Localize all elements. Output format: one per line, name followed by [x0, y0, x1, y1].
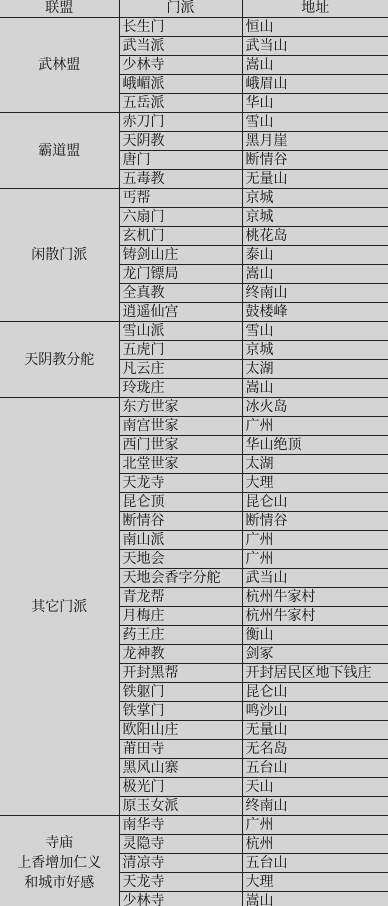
table-row: 闲散门派丐帮京城: [0, 189, 388, 208]
alliance-cell: 闲散门派: [0, 189, 119, 322]
alliance-cell: 霸道盟: [0, 113, 119, 189]
address-cell: 嵩山: [242, 265, 388, 284]
sect-cell: 欧阳山庄: [119, 721, 242, 740]
alliance-label-line: 寺庙: [0, 833, 119, 853]
address-cell: 雪山: [242, 322, 388, 341]
address-cell: 鼓楼峰: [242, 303, 388, 322]
sect-cell: 铁躯门: [119, 683, 242, 702]
table-row: 霸道盟赤刀门雪山: [0, 113, 388, 132]
sect-cell: 少林寺: [119, 56, 242, 75]
header-sect: 门派: [119, 0, 242, 18]
address-cell: 嵩山: [242, 56, 388, 75]
sect-cell: 莆田寺: [119, 740, 242, 759]
sect-cell: 龙神教: [119, 645, 242, 664]
header-address: 地址: [242, 0, 388, 18]
alliance-cell: 武林盟: [0, 18, 119, 113]
sect-cell: 五岳派: [119, 94, 242, 113]
address-cell: 京城: [242, 208, 388, 227]
address-cell: 广州: [242, 417, 388, 436]
table-body: 武林盟长生门恒山武当派武当山少林寺嵩山峨嵋派峨眉山五岳派华山霸道盟赤刀门雪山天阴…: [0, 18, 388, 906]
address-cell: 嵩山: [242, 379, 388, 398]
alliance-label-line: 和城市好感: [0, 873, 119, 893]
sect-cell: 极光门: [119, 778, 242, 797]
sect-cell: 峨嵋派: [119, 75, 242, 94]
address-cell: 杭州: [242, 835, 388, 854]
sect-cell: 逍遥仙宫: [119, 303, 242, 322]
address-cell: 五台山: [242, 759, 388, 778]
alliance-label-line: 上香增加仁义: [0, 853, 119, 873]
address-cell: 剑冢: [242, 645, 388, 664]
address-cell: 京城: [242, 189, 388, 208]
sect-cell: 药王庄: [119, 626, 242, 645]
address-cell: 冰火岛: [242, 398, 388, 417]
sect-cell: 全真教: [119, 284, 242, 303]
sect-cell: 天阴教: [119, 132, 242, 151]
sect-cell: 黑风山寨: [119, 759, 242, 778]
sect-cell: 青龙帮: [119, 588, 242, 607]
address-cell: 太湖: [242, 360, 388, 379]
sect-cell: 丐帮: [119, 189, 242, 208]
address-cell: 断情谷: [242, 512, 388, 531]
sect-cell: 玄机门: [119, 227, 242, 246]
sect-cell: 南宫世家: [119, 417, 242, 436]
alliance-cell: 天阴教分舵: [0, 322, 119, 398]
sect-cell: 长生门: [119, 18, 242, 37]
address-cell: 黑月崖: [242, 132, 388, 151]
address-cell: 无量山: [242, 721, 388, 740]
address-cell: 昆仑山: [242, 493, 388, 512]
address-cell: 峨眉山: [242, 75, 388, 94]
address-cell: 开封居民区地下钱庄: [242, 664, 388, 683]
address-cell: 京城: [242, 341, 388, 360]
sect-cell: 南华寺: [119, 816, 242, 835]
sect-cell: 清凉寺: [119, 854, 242, 873]
address-cell: 断情谷: [242, 151, 388, 170]
sect-cell: 武当派: [119, 37, 242, 56]
address-cell: 雪山: [242, 113, 388, 132]
address-cell: 武当山: [242, 569, 388, 588]
sect-cell: 天地会: [119, 550, 242, 569]
address-cell: 衡山: [242, 626, 388, 645]
address-cell: 鸣沙山: [242, 702, 388, 721]
sect-cell: 北堂世家: [119, 455, 242, 474]
sect-cell: 原玉女派: [119, 797, 242, 816]
address-cell: 无名岛: [242, 740, 388, 759]
address-cell: 泰山: [242, 246, 388, 265]
sect-cell: 东方世家: [119, 398, 242, 417]
address-cell: 昆仑山: [242, 683, 388, 702]
sect-cell: 六扇门: [119, 208, 242, 227]
address-cell: 广州: [242, 816, 388, 835]
sect-cell: 天龙寺: [119, 873, 242, 892]
header-alliance: 联盟: [0, 0, 119, 18]
address-cell: 华山: [242, 94, 388, 113]
sect-cell: 灵隐寺: [119, 835, 242, 854]
sect-cell: 少林寺: [119, 892, 242, 906]
sect-cell: 玲珑庄: [119, 379, 242, 398]
sect-cell: 南山派: [119, 531, 242, 550]
sect-cell: 西门世家: [119, 436, 242, 455]
address-cell: 终南山: [242, 797, 388, 816]
sect-table: 联盟 门派 地址 武林盟长生门恒山武当派武当山少林寺嵩山峨嵋派峨眉山五岳派华山霸…: [0, 0, 388, 906]
sect-cell: 赤刀门: [119, 113, 242, 132]
table-row: 武林盟长生门恒山: [0, 18, 388, 37]
address-cell: 广州: [242, 531, 388, 550]
table-row: 寺庙上香增加仁义和城市好感南华寺广州: [0, 816, 388, 835]
sect-cell: 天地会香字分舵: [119, 569, 242, 588]
address-cell: 无量山: [242, 170, 388, 189]
address-cell: 太湖: [242, 455, 388, 474]
address-cell: 华山绝顶: [242, 436, 388, 455]
address-cell: 广州: [242, 550, 388, 569]
header-row: 联盟 门派 地址: [0, 0, 388, 18]
address-cell: 恒山: [242, 18, 388, 37]
address-cell: 杭州牛家村: [242, 607, 388, 626]
sect-cell: 天龙寺: [119, 474, 242, 493]
sect-cell: 断情谷: [119, 512, 242, 531]
sect-cell: 五虎门: [119, 341, 242, 360]
sect-cell: 铁掌门: [119, 702, 242, 721]
address-cell: 终南山: [242, 284, 388, 303]
address-cell: 桃花岛: [242, 227, 388, 246]
sect-cell: 唐门: [119, 151, 242, 170]
sect-cell: 月梅庄: [119, 607, 242, 626]
alliance-cell: 其它门派: [0, 398, 119, 816]
sect-cell: 龙门镖局: [119, 265, 242, 284]
sect-cell: 雪山派: [119, 322, 242, 341]
address-cell: 嵩山: [242, 892, 388, 906]
alliance-cell: 寺庙上香增加仁义和城市好感: [0, 816, 119, 906]
sect-cell: 昆仑顶: [119, 493, 242, 512]
table-row: 天阴教分舵雪山派雪山: [0, 322, 388, 341]
address-cell: 天山: [242, 778, 388, 797]
sect-cell: 铸剑山庄: [119, 246, 242, 265]
address-cell: 杭州牛家村: [242, 588, 388, 607]
table-row: 其它门派东方世家冰火岛: [0, 398, 388, 417]
address-cell: 大理: [242, 474, 388, 493]
address-cell: 大理: [242, 873, 388, 892]
sect-cell: 五毒教: [119, 170, 242, 189]
sect-cell: 凡云庄: [119, 360, 242, 379]
address-cell: 武当山: [242, 37, 388, 56]
sect-cell: 开封黑帮: [119, 664, 242, 683]
address-cell: 五台山: [242, 854, 388, 873]
